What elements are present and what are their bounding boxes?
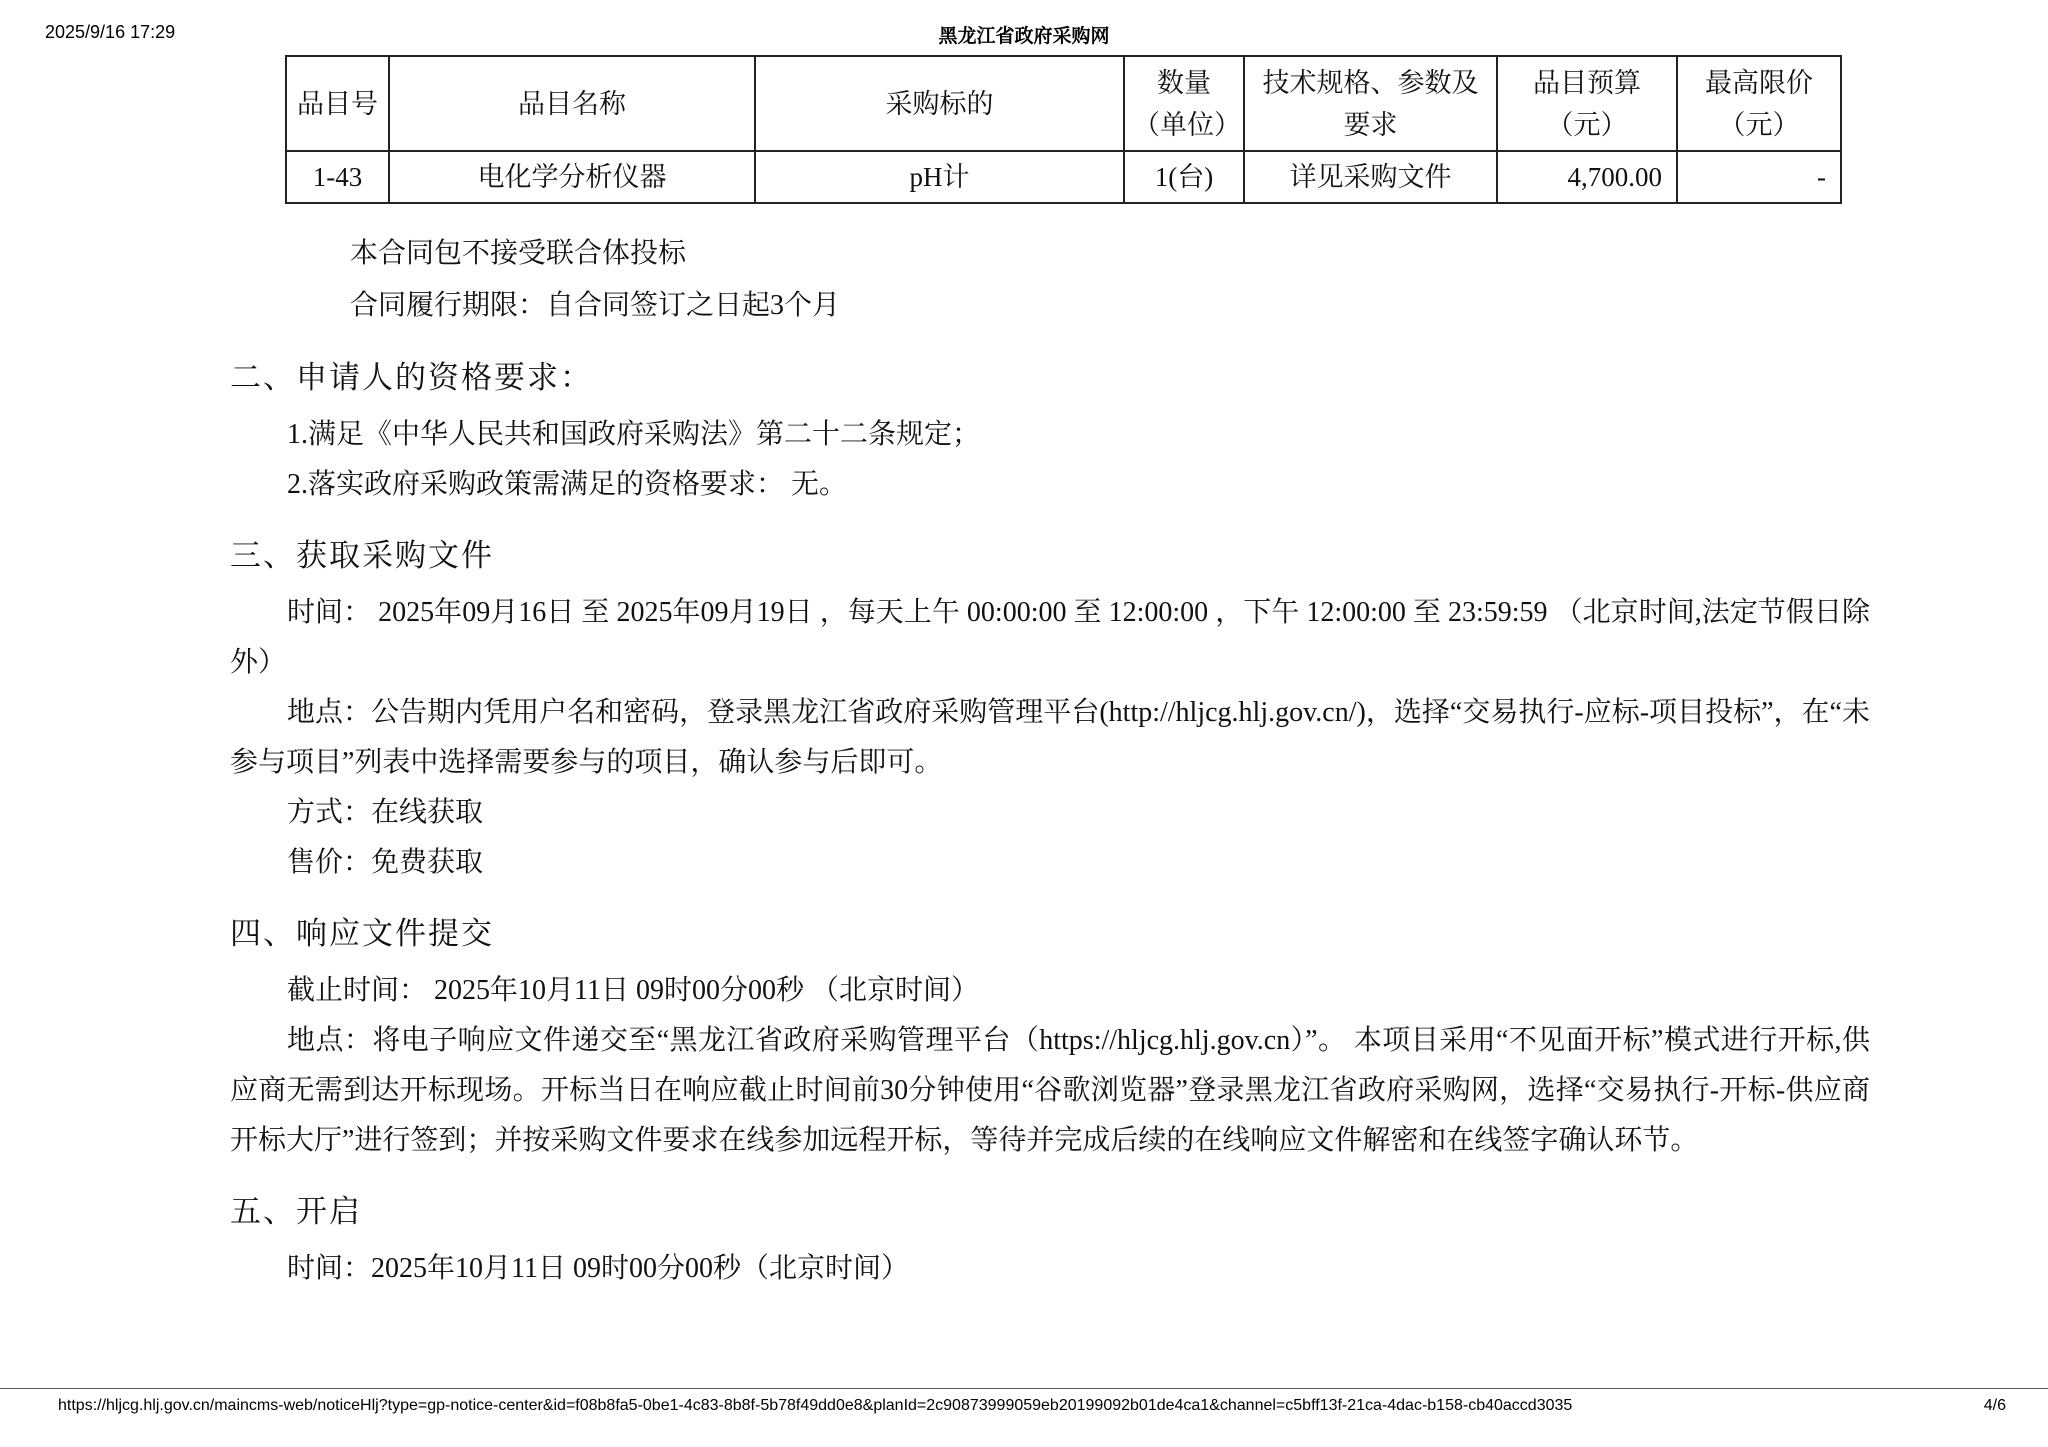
cell-max-price: - [1677, 151, 1841, 203]
print-header: 2025/9/16 17:29 黑龙江省政府采购网 [0, 0, 2048, 55]
section-heading-obtain-documents: 三、获取采购文件 [230, 534, 1870, 578]
obtain-location: 地点：公告期内凭用户名和密码，登录黑龙江省政府采购管理平台(http://hlj… [230, 688, 1870, 788]
section-heading-response-submission: 四、响应文件提交 [230, 912, 1870, 956]
section-obtain-documents: 三、获取采购文件 时间： 2025年09月16日 至 2025年09月19日 ，… [230, 534, 1870, 888]
cell-item-name: 电化学分析仪器 [389, 151, 755, 203]
submission-deadline: 截止时间： 2025年10月11日 09时00分00秒 （北京时间） [230, 966, 1870, 1016]
document-body: 品目号 品目名称 采购标的 数量（单位） 技术规格、参数及要求 品目预算（元） … [230, 55, 1870, 1294]
header-quantity-unit: 数量（单位） [1124, 56, 1244, 151]
section-heading-qualification: 二、申请人的资格要求： [230, 356, 1870, 400]
contract-note-duration: 合同履行期限：自合同签订之日起3个月 [350, 280, 1870, 332]
table-header-row: 品目号 品目名称 采购标的 数量（单位） 技术规格、参数及要求 品目预算（元） … [286, 56, 1841, 151]
procurement-items-table: 品目号 品目名称 采购标的 数量（单位） 技术规格、参数及要求 品目预算（元） … [285, 55, 1842, 204]
qualification-item-1: 1.满足《中华人民共和国政府采购法》第二十二条规定； [230, 410, 1870, 460]
obtain-method: 方式：在线获取 [230, 788, 1870, 838]
contract-note-consortium: 本合同包不接受联合体投标 [350, 228, 1870, 280]
cell-quantity-unit: 1(台) [1124, 151, 1244, 203]
obtain-price: 售价：免费获取 [230, 838, 1870, 888]
header-tech-specs: 技术规格、参数及要求 [1244, 56, 1497, 151]
section-heading-opening: 五、开启 [230, 1190, 1870, 1234]
opening-time: 时间：2025年10月11日 09时00分00秒（北京时间） [230, 1244, 1870, 1294]
table-row: 1-43 电化学分析仪器 pH计 1(台) 详见采购文件 4,700.00 - [286, 151, 1841, 203]
obtain-time: 时间： 2025年09月16日 至 2025年09月19日 ，每天上午 00:0… [230, 588, 1870, 688]
cell-tech-specs: 详见采购文件 [1244, 151, 1497, 203]
section-response-submission: 四、响应文件提交 截止时间： 2025年10月11日 09时00分00秒 （北京… [230, 912, 1870, 1166]
header-item-no: 品目号 [286, 56, 389, 151]
print-footer: https://hljcg.hlj.gov.cn/maincms-web/not… [0, 1388, 2048, 1415]
page-title: 黑龙江省政府采购网 [0, 21, 2048, 48]
header-procurement-subject: 采购标的 [755, 56, 1124, 151]
cell-item-no: 1-43 [286, 151, 389, 203]
section-qualification: 二、申请人的资格要求： 1.满足《中华人民共和国政府采购法》第二十二条规定； 2… [230, 356, 1870, 510]
qualification-item-2: 2.落实政府采购政策需满足的资格要求： 无。 [230, 460, 1870, 510]
contract-notes: 本合同包不接受联合体投标 合同履行期限：自合同签订之日起3个月 [350, 228, 1870, 332]
cell-procurement-subject: pH计 [755, 151, 1124, 203]
footer-page-number: 4/6 [1964, 1397, 2006, 1415]
footer-url: https://hljcg.hlj.gov.cn/maincms-web/not… [58, 1397, 1572, 1415]
submission-location: 地点：将电子响应文件递交至“黑龙江省政府采购管理平台（https://hljcg… [230, 1016, 1870, 1166]
cell-item-budget: 4,700.00 [1497, 151, 1677, 203]
header-max-price: 最高限价（元） [1677, 56, 1841, 151]
header-item-name: 品目名称 [389, 56, 755, 151]
header-item-budget: 品目预算（元） [1497, 56, 1677, 151]
section-opening: 五、开启 时间：2025年10月11日 09时00分00秒（北京时间） [230, 1190, 1870, 1294]
